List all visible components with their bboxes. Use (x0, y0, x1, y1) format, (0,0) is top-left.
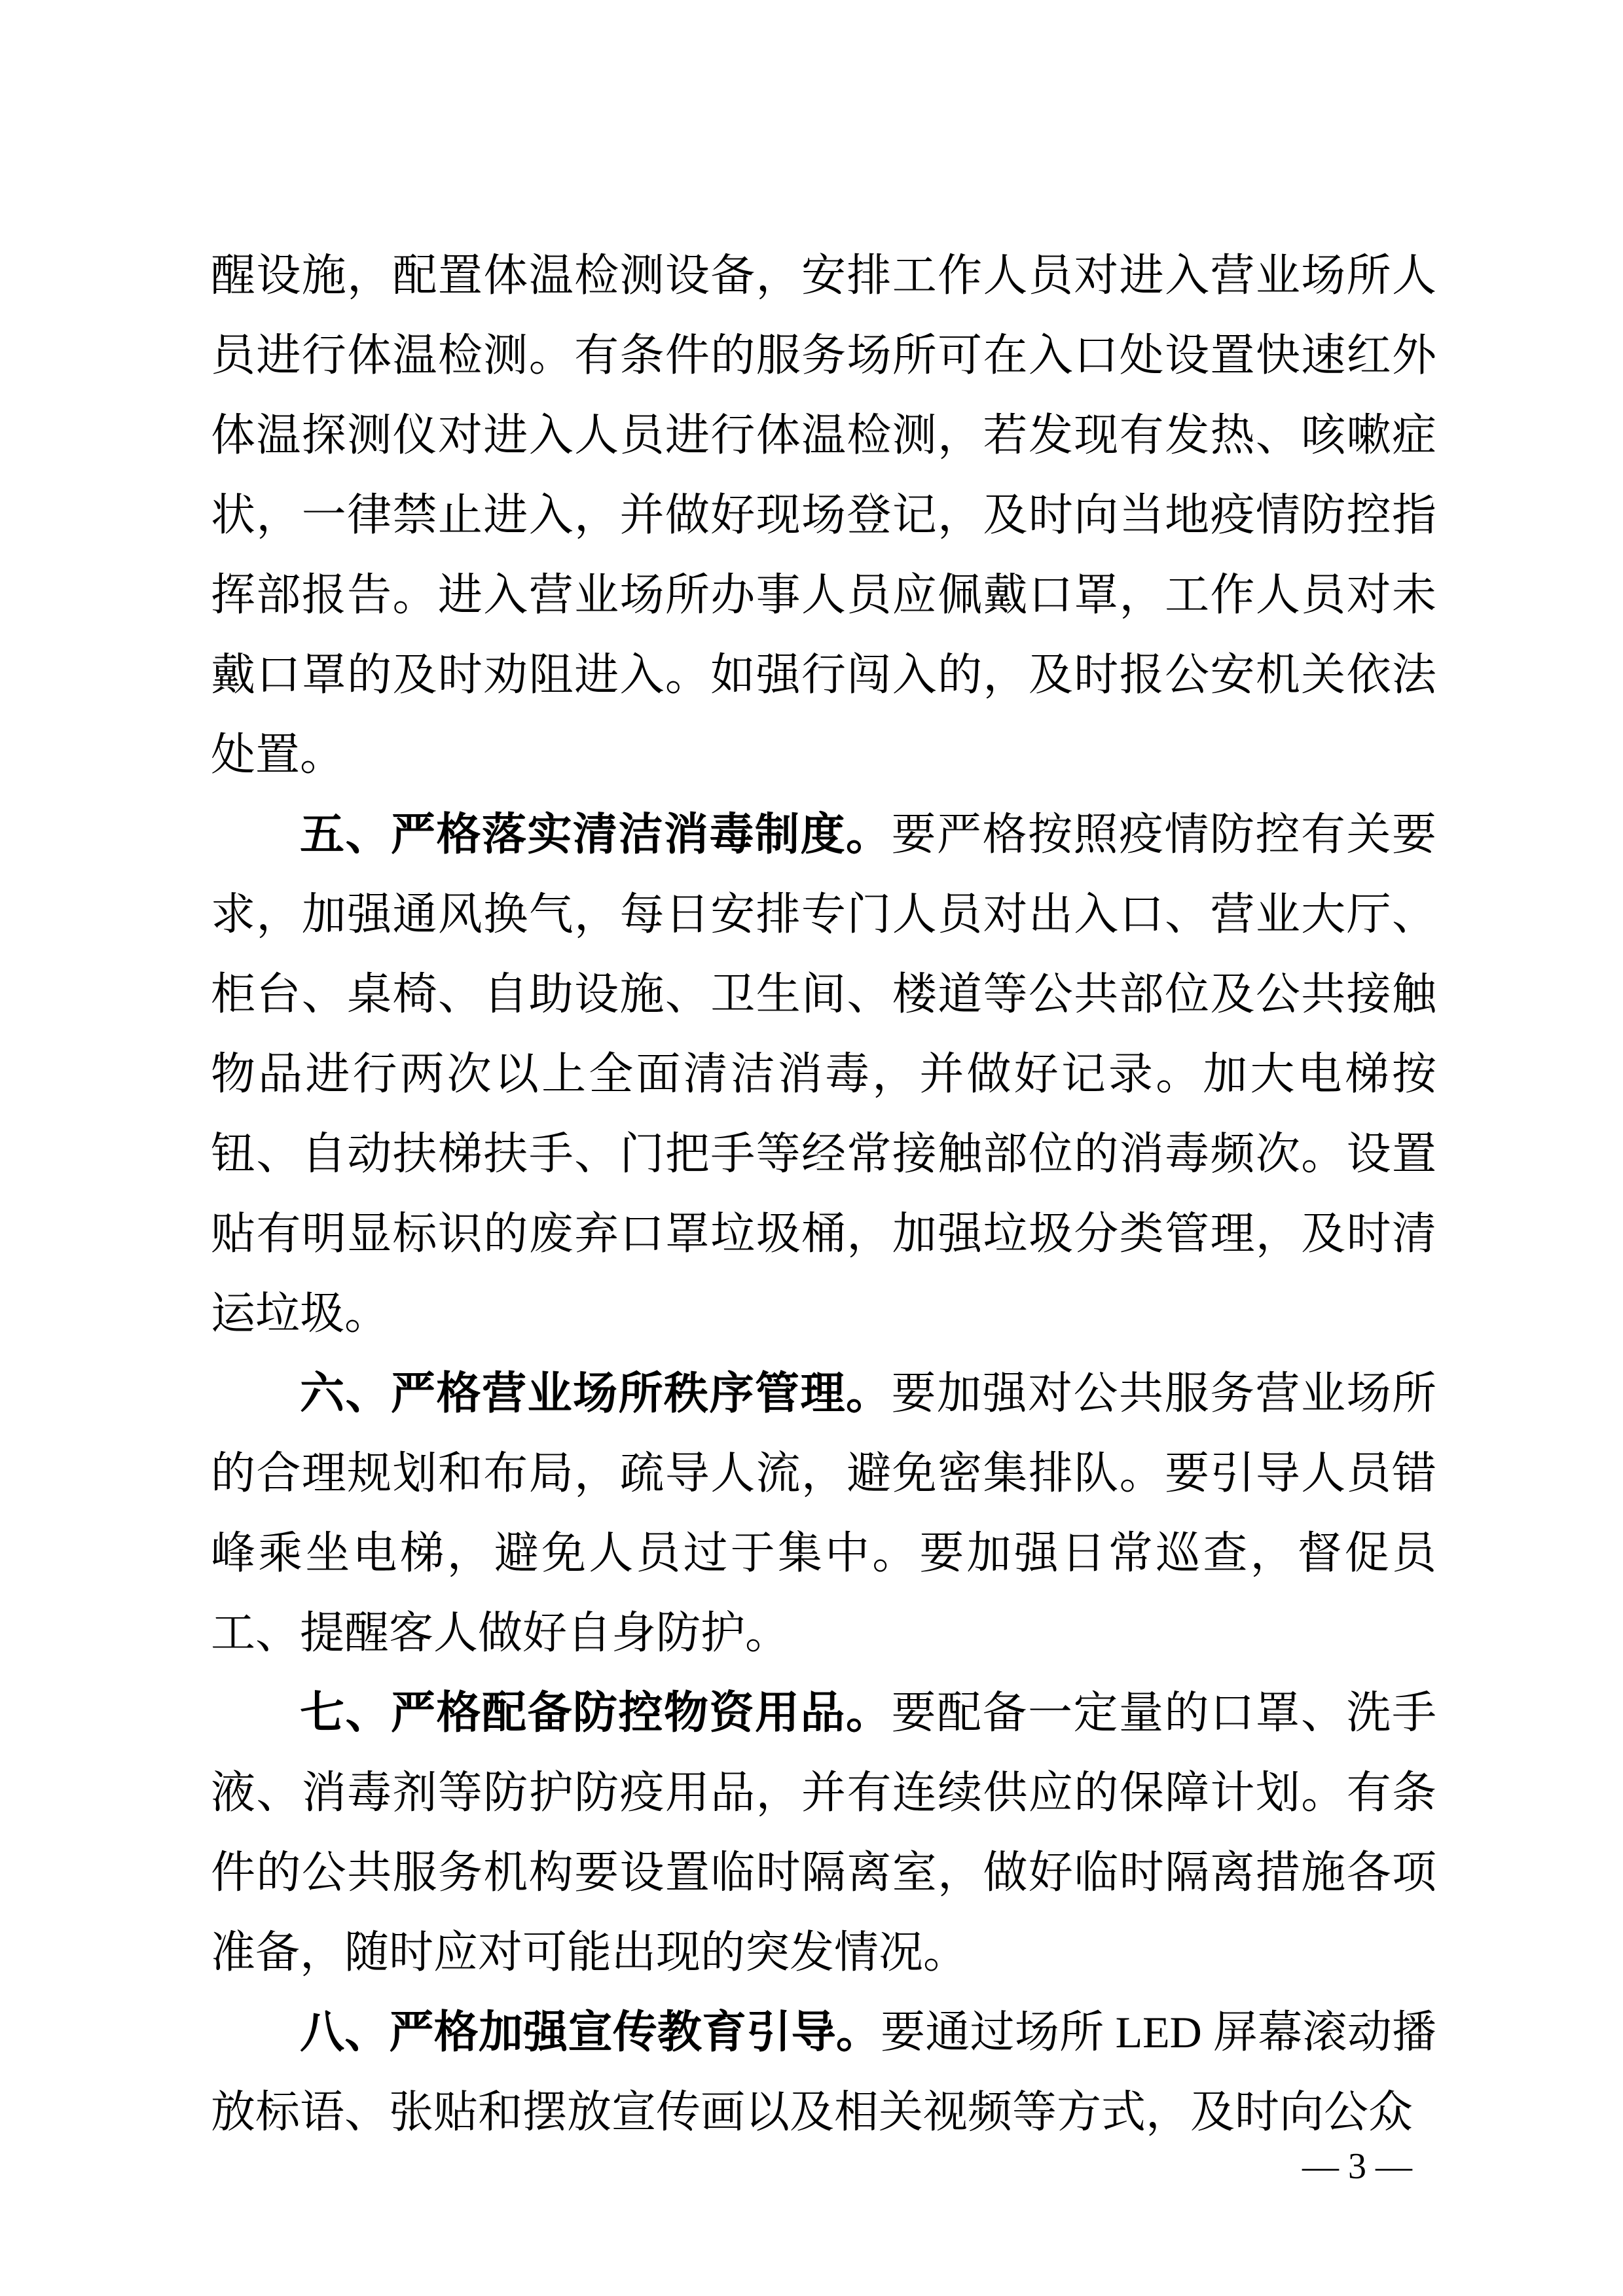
document-page: 醒设施，配置体温检测设备，安排工作人员对进入营业场所人员进行体温检测。有条件的服… (0, 0, 1623, 2296)
paragraph: 五、严格落实清洁消毒制度。要严格按照疫情防控有关要求，加强通风换气，每日安排专门… (211, 795, 1436, 1354)
paragraph: 醒设施，配置体温检测设备，安排工作人员对进入营业场所人员进行体温检测。有条件的服… (211, 236, 1436, 795)
section-heading: 八、严格加强宣传教育引导。 (300, 2007, 881, 2057)
section-heading: 七、严格配备防控物资用品。 (300, 1688, 891, 1738)
page-number: — 3 — (1302, 2145, 1412, 2187)
section-heading: 六、严格营业场所秩序管理。 (300, 1369, 891, 1418)
paragraph-text: 醒设施，配置体温检测设备，安排工作人员对进入营业场所人员进行体温检测。有条件的服… (211, 251, 1436, 780)
section-heading: 五、严格落实清洁消毒制度。 (300, 810, 891, 859)
paragraph: 六、严格营业场所秩序管理。要加强对公共服务营业场所的合理规划和布局，疏导人流，避… (211, 1354, 1436, 1673)
paragraph: 八、严格加强宣传教育引导。要通过场所 LED 屏幕滚动播放标语、张贴和摆放宣传画… (211, 1992, 1436, 2152)
paragraph-text: 要严格按照疫情防控有关要求，加强通风换气，每日安排专门人员对出入口、营业大厅、柜… (211, 810, 1436, 1338)
paragraph: 七、严格配备防控物资用品。要配备一定量的口罩、洗手液、消毒剂等防护防疫用品，并有… (211, 1673, 1436, 1992)
document-body: 醒设施，配置体温检测设备，安排工作人员对进入营业场所人员进行体温检测。有条件的服… (211, 236, 1436, 2152)
